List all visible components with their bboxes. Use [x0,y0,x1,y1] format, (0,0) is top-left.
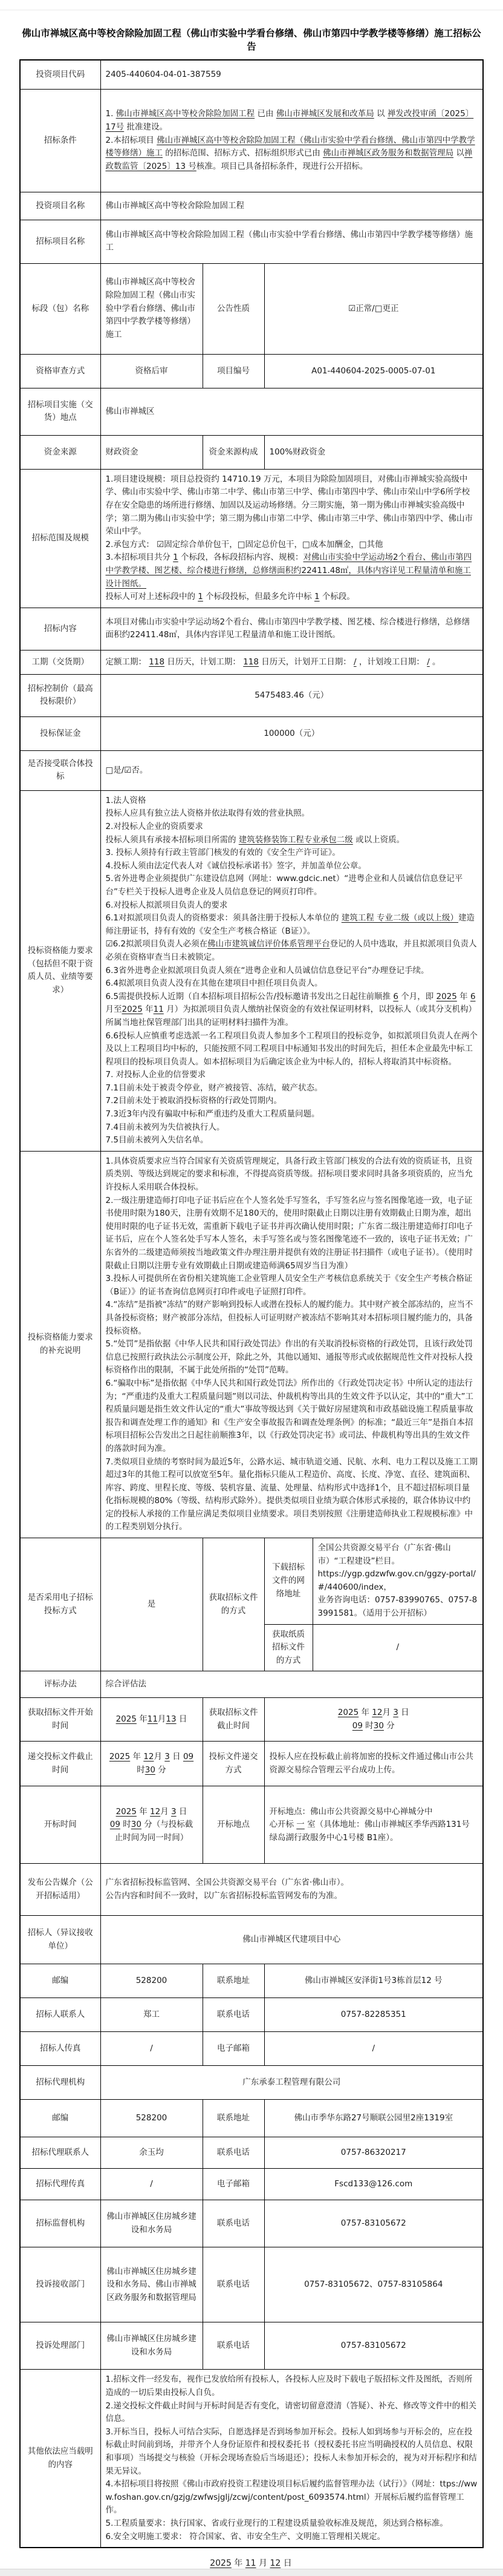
label-funding-composition: 资金来源构成 [203,435,264,469]
value-tenderer-address: 佛山市禅城区安泽街1号3栋首层12 号 [264,1964,483,1998]
label-complaint-reception: 投诉接收部门 [20,2247,100,2322]
row-agency-postcode: 邮编 528200 联系地址 佛山市季华东路27号顺联公园里2座1319室 [20,2100,483,2137]
value-scope-scale: 1.项目建设规模：项目总投资约 14710.19 万元，本项目为除险加固项目，对… [100,469,483,608]
row-ebidding-download: 是否采用电子招标投标方式 是 获取招标文件的方式 下载招标文件的网络地址 全国公… [20,1538,483,1625]
value-complaint-reception: 佛山市禅城区住房城乡建设和水务局、佛山市禅城区政务服务和数据管理局 [100,2247,203,2322]
row-qualification-review: 资格审查方式 资格后审 项目编号 A01-440604-2025-0005-07… [20,354,483,388]
label-tenderer-postcode: 邮编 [20,1964,100,1998]
value-agency: 广东承泰工程管理有限公司 [100,2066,483,2100]
label-investment-code: 投资项目代码 [20,60,100,89]
row-investment-code: 投资项目代码 2405-440604-04-01-387559 [20,60,483,89]
value-qualification-review: 资格后审 [100,354,203,388]
label-evaluation-method: 评标办法 [20,1671,100,1698]
row-bid-bond: 投标保证金 100000（元） [20,716,483,750]
label-section-package: 标段（包）名称 [20,263,100,354]
label-supervision: 招标监督机构 [20,2200,100,2247]
label-agency-fax: 招标代理传真 [20,2169,100,2200]
label-download-address: 下载招标文件的网络地址 [264,1538,313,1625]
value-section-package: 佛山市禅城区高中等校舍除险加固工程（佛山市实验中学看台修缮、佛山市第四中学教学楼… [100,263,203,354]
row-control-price: 招标控制价（最高投标限价） 5475483.46（元） [20,674,483,716]
row-investment-name: 投资项目名称 佛山市禅城区高中等校舍除险加固工程 [20,192,483,220]
value-tenderer-contact: 郑工 [100,1998,203,2032]
page-title: 佛山市禅城区高中等校舍除险加固工程（佛山市实验中学看台修缮、佛山市第四中学教学楼… [19,27,484,53]
row-announcement-media: 发布公告媒介（公开招标适用） 广东省招标投标监管网、全国公共资源交易平台（广东省… [20,1864,483,1916]
value-obtain-end: 2025 年 12月 3 日09 时30 分 [264,1698,483,1742]
label-tenderer-phone: 联系电话 [203,1998,264,2032]
label-notice-nature: 公告性质 [203,263,264,354]
row-supervision: 招标监督机构 佛山市禅城区住房城乡建设和水务局 联系电话 0757-831056… [20,2200,483,2247]
value-qualification-supplement: 1.具体资质要求应当符合国家有关资质管理规定，具备行政主管部门核发的合法有效的资… [100,1151,483,1538]
value-tenderer-email: / [264,2032,483,2066]
label-tenderer-address: 联系地址 [203,1964,264,1998]
value-opening-time: 2025 年 12月 3 日09 时30 分（与投标截止时间为同一时间） [100,1786,203,1864]
value-complaint-handling-phone: 0757-83105672 [264,2322,483,2370]
row-section-package: 标段（包）名称 佛山市禅城区高中等校舍除险加固工程（佛山市实验中学看台修缮、佛山… [20,263,483,354]
label-complaint-reception-phone: 联系电话 [203,2247,264,2322]
row-bid-opening: 开标时间 2025 年 12月 3 日09 时30 分（与投标截止时间为同一时间… [20,1786,483,1864]
label-other-content: 其他依法应当载明的内容 [20,2370,100,2548]
row-agency-fax: 招标代理传真 / 电子邮箱 Fscd133@126.com [20,2169,483,2200]
row-tenderer-postcode: 邮编 528200 联系地址 佛山市禅城区安泽街1号3栋首层12 号 [20,1964,483,1998]
value-project-number: A01-440604-2025-0005-07-01 [264,354,483,388]
page-footer-strip [0,2569,503,2576]
value-agency-fax: / [100,2169,203,2200]
row-submission-deadline: 递交投标文件截止时间 2025 年 12月 3 日 09 时30 分 投标文件递… [20,1742,483,1786]
label-funding-source: 资金来源 [20,435,100,469]
row-complaint-handling: 投诉处理部门 佛山市禅城区住房城乡建设和水务局 联系电话 0757-831056… [20,2322,483,2370]
value-tenderer-fax: / [100,2032,203,2066]
row-agency-contact: 招标代理联系人 余玉均 联系电话 0757-86320217 [20,2137,483,2169]
value-agency-phone: 0757-86320217 [264,2137,483,2169]
row-tenderer-contact: 招标人联系人 郑工 联系电话 0757-82285351 [20,1998,483,2032]
value-announcement-media: 广东省招标投标监管网、全国公共资源交易平台（广东省·佛山市）。公告内容和时间不一… [100,1864,483,1916]
label-opening-time: 开标时间 [20,1786,100,1864]
row-qualification-supplement: 投标资格能力要求的补充说明 1.具体资质要求应当符合国家有关资质管理规定，具备行… [20,1151,483,1538]
label-submission-deadline: 递交投标文件截止时间 [20,1742,100,1786]
top-divider [0,0,503,10]
label-tender-content: 招标内容 [20,608,100,650]
label-duration: 工期（交货期） [20,650,100,674]
label-paper-document: 获取纸质招标文件的方式 [264,1624,313,1671]
value-tender-content: 本项目对佛山市实验中学运动场2个看台、佛山市第四中学教学楼、图艺楼、综合楼进行修… [100,608,483,650]
value-project-name: 佛山市禅城区高中等校舍除险加固工程（佛山市实验中学看台修缮、佛山市第四中学教学楼… [100,220,483,263]
announcement-table: 投资项目代码 2405-440604-04-01-387559 招标条件 1. … [19,59,484,2548]
row-tenderer: 招标人（异议接收单位） 佛山市禅城区代建项目中心 [20,1916,483,1964]
row-project-name: 招标项目名称 佛山市禅城区高中等校舍除险加固工程（佛山市实验中学看台修缮、佛山市… [20,220,483,263]
row-obtain-time: 获取招标文件开始时间 2025 年11月13 日 获取招标文件截止时间 2025… [20,1698,483,1742]
label-qualification-supplement: 投标资格能力要求的补充说明 [20,1151,100,1538]
value-agency-contact: 余玉均 [100,2137,203,2169]
value-tenderer-postcode: 528200 [100,1964,203,1998]
value-tender-conditions: 1. 佛山市禅城区高中等校舍除险加固工程 已由 佛山市禅城区发展和改革局 以 禅… [100,89,483,192]
value-control-price: 5475483.46（元） [100,674,483,716]
value-supervision: 佛山市禅城区住房城乡建设和水务局 [100,2200,203,2247]
value-funding-source: 财政资金 [100,435,203,469]
value-notice-nature: ☑正常/□更正 [264,263,483,354]
label-tender-conditions: 招标条件 [20,89,100,192]
label-project-number: 项目编号 [203,354,264,388]
label-agency-contact: 招标代理联系人 [20,2137,100,2169]
label-opening-place: 开标地点 [203,1786,264,1864]
label-bid-bond: 投标保证金 [20,716,100,750]
value-ebidding: 是 [100,1538,203,1671]
value-delivery-place: 佛山市禅城区 [100,388,483,435]
row-tender-content: 招标内容 本项目对佛山市实验中学运动场2个看台、佛山市第四中学教学楼、图艺楼、综… [20,608,483,650]
value-complaint-reception-phone: 0757-83105672、0757-83105864 [264,2247,483,2322]
value-supervision-phone: 0757-83105672 [264,2200,483,2247]
value-tenderer: 佛山市禅城区代建项目中心 [100,1916,483,1964]
row-complaint-reception: 投诉接收部门 佛山市禅城区住房城乡建设和水务局、佛山市禅城区政务服务和数据管理局… [20,2247,483,2322]
row-agency: 招标代理机构 广东承泰工程管理有限公司 [20,2066,483,2100]
row-other-content: 其他依法应当载明的内容 1.招标文件一经发布，视作已发放给所有投标人，各投标人应… [20,2370,483,2548]
value-submission-deadline: 2025 年 12月 3 日 09 时30 分 [100,1742,203,1786]
value-submission-method: 投标人应在投标截止前将加密的投标文件通过佛山市公共资源交易综合管理云平台成功上传… [264,1742,483,1786]
value-download-address: 全国公共资源交易平台（广东省·佛山市）“工程建设”栏目。https://ygp.… [313,1538,483,1625]
label-delivery-place: 招标项目实施（交货）地点 [20,388,100,435]
value-agency-address: 佛山市季华东路27号顺联公园里2座1319室 [264,2100,483,2137]
row-tender-conditions: 招标条件 1. 佛山市禅城区高中等校舍除险加固工程 已由 佛山市禅城区发展和改革… [20,89,483,192]
label-agency-postcode: 邮编 [20,2100,100,2137]
label-scope-scale: 招标范围及规模 [20,469,100,608]
label-tenderer-email: 电子邮箱 [203,2032,264,2066]
value-agency-email: Fscd133@126.com [264,2169,483,2200]
label-announcement-media: 发布公告媒介（公开招标适用） [20,1864,100,1916]
label-submission-method: 投标文件递交方式 [203,1742,264,1786]
value-investment-code: 2405-440604-04-01-387559 [100,60,483,89]
label-complaint-handling: 投诉处理部门 [20,2322,100,2370]
label-agency-phone: 联系电话 [203,2137,264,2169]
row-duration: 工期（交货期） 定额工期： 118 日历天，计划工期： 118 日历天，计划开工… [20,650,483,674]
label-obtain-method: 获取招标文件的方式 [203,1538,264,1671]
label-complaint-handling-phone: 联系电话 [203,2322,264,2370]
value-opening-place: 开标地点：佛山市公共资源交易中心禅城分中心开标 一 室（具体地址：佛山市禅城区季… [264,1786,483,1864]
label-obtain-start: 获取招标文件开始时间 [20,1698,100,1742]
announcement-page: 佛山市禅城区高中等校舍除险加固工程（佛山市实验中学看台修缮、佛山市第四中学教学楼… [0,10,503,2569]
label-tenderer: 招标人（异议接收单位） [20,1916,100,1964]
value-agency-postcode: 528200 [100,2100,203,2137]
value-evaluation-method: 综合评估法 [100,1671,483,1698]
row-tenderer-fax: 招标人传真 / 电子邮箱 / [20,2032,483,2066]
row-qualification-requirements: 投标资格能力要求（包括但不限于资质人员、业绩等要求） 1.法人资格投标人应具有独… [20,790,483,1151]
label-qualification-requirements: 投标资格能力要求（包括但不限于资质人员、业绩等要求） [20,790,100,1151]
value-obtain-start: 2025 年11月13 日 [100,1698,203,1742]
value-consortium: □是/☑否。 [100,750,483,790]
row-consortium: 是否接受联合体投标 □是/☑否。 [20,750,483,790]
label-ebidding: 是否采用电子招标投标方式 [20,1538,100,1671]
value-qualification-requirements: 1.法人资格投标人应具有独立法人资格并依法取得有效的营业执照。2.对投标人企业的… [100,790,483,1151]
value-paper-document: / [313,1624,483,1671]
value-other-content: 1.招标文件一经发布，视作已发放给所有投标人，各投标人应及时下载电子版招标文件及… [100,2370,483,2548]
label-investment-name: 投资项目名称 [20,192,100,220]
label-supervision-phone: 联系电话 [203,2200,264,2247]
label-agency-email: 电子邮箱 [203,2169,264,2200]
row-funding-source: 资金来源 财政资金 资金来源构成 100%财政资金 [20,435,483,469]
label-control-price: 招标控制价（最高投标限价） [20,674,100,716]
value-complaint-handling: 佛山市禅城区住房城乡建设和水务局 [100,2322,203,2370]
announcement-date: 2025 年 11 月 12 日 [19,2557,482,2569]
label-obtain-end: 获取招标文件截止时间 [203,1698,264,1742]
value-bid-bond: 100000（元） [100,716,483,750]
label-qualification-review: 资格审查方式 [20,354,100,388]
label-tenderer-contact: 招标人联系人 [20,1998,100,2032]
row-delivery-place: 招标项目实施（交货）地点 佛山市禅城区 [20,388,483,435]
label-consortium: 是否接受联合体投标 [20,750,100,790]
value-investment-name: 佛山市禅城区高中等校舍除险加固工程 [100,192,483,220]
value-tenderer-phone: 0757-82285351 [264,1998,483,2032]
row-evaluation-method: 评标办法 综合评估法 [20,1671,483,1698]
label-project-name: 招标项目名称 [20,220,100,263]
label-agency: 招标代理机构 [20,2066,100,2100]
label-agency-address: 联系地址 [203,2100,264,2137]
row-scope-scale: 招标范围及规模 1.项目建设规模：项目总投资约 14710.19 万元，本项目为… [20,469,483,608]
value-duration: 定额工期： 118 日历天，计划工期： 118 日历天，计划开工日期： / ，计… [100,650,483,674]
label-tenderer-fax: 招标人传真 [20,2032,100,2066]
value-funding-composition: 100%财政资金 [264,435,483,469]
